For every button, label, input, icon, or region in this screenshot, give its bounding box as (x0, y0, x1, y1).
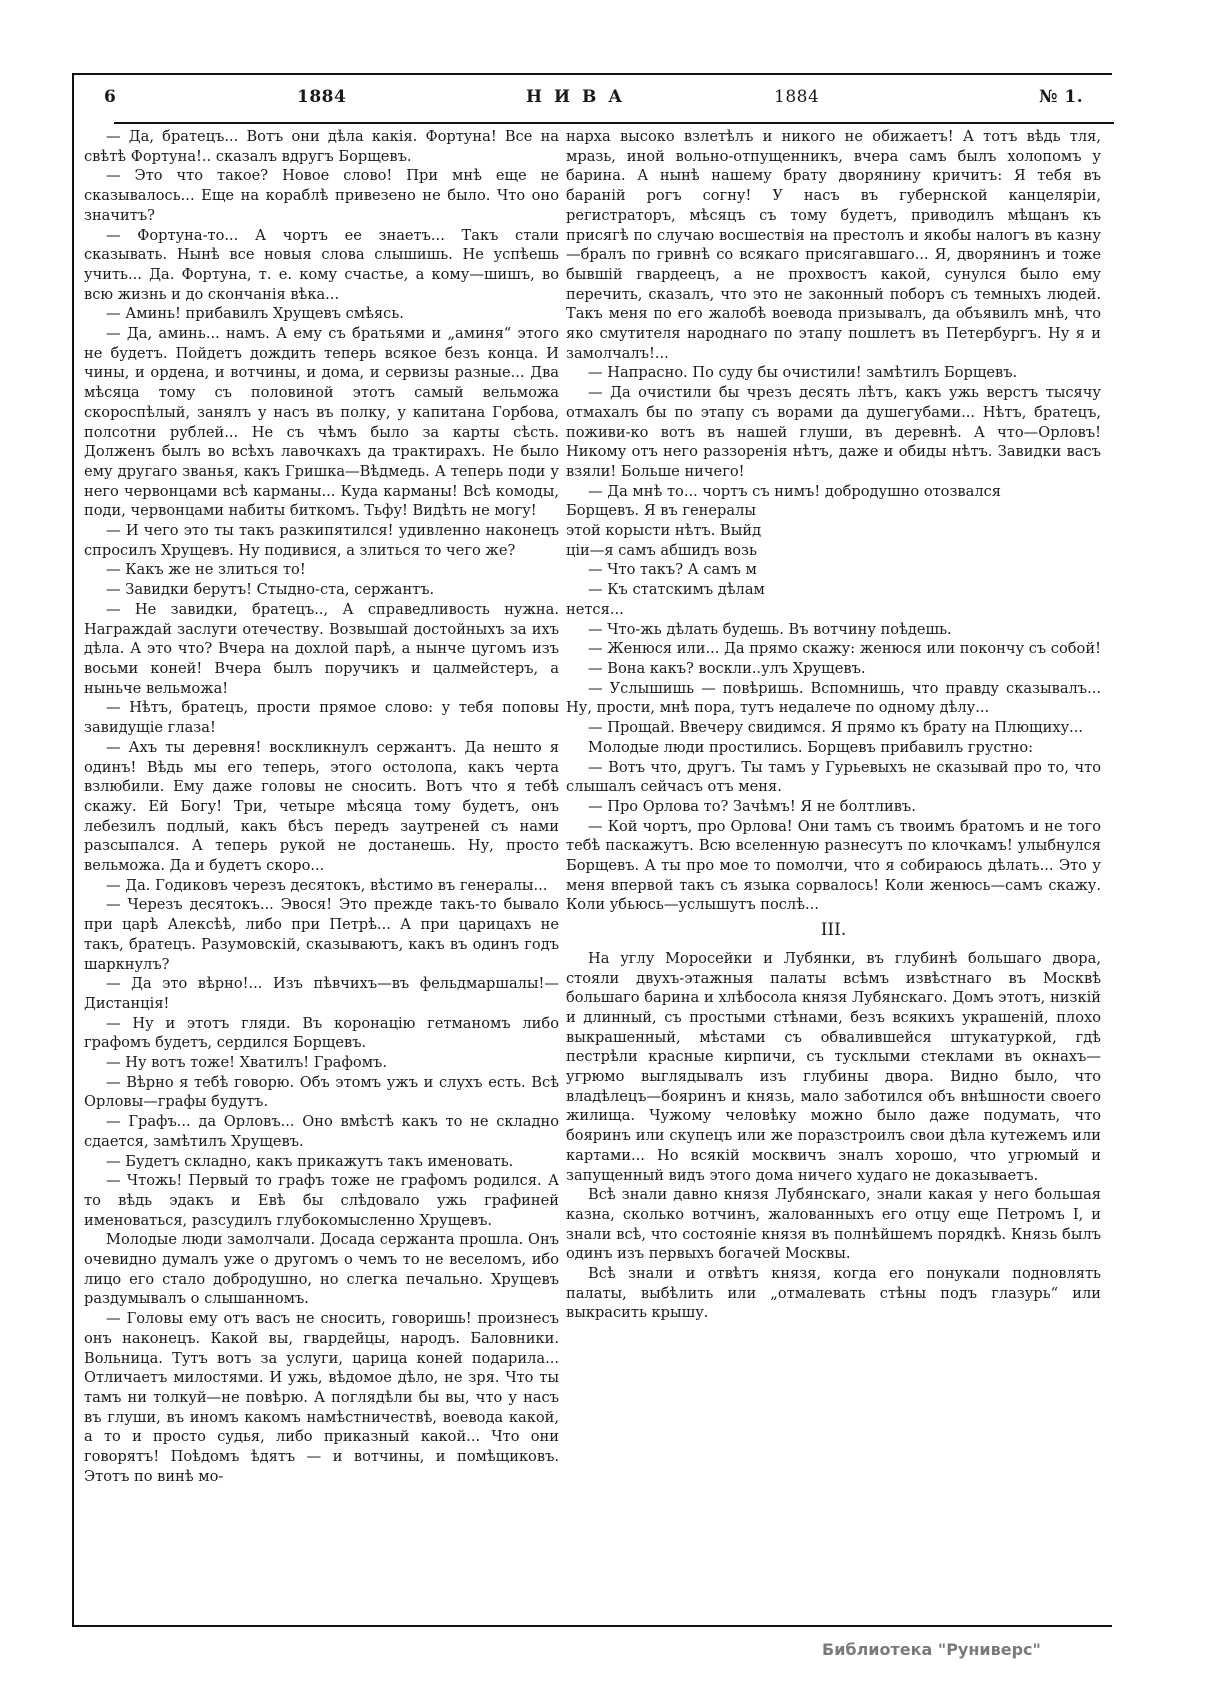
publication-title: Н И В А (526, 87, 625, 107)
torn-line: ціи—я самъ абшидъ возь (566, 541, 1101, 561)
paragraph: Всѣ знали давно князя Лубянскаго, знали … (566, 1185, 1101, 1264)
paragraph: — Женюся или... Да прямо скажу: женюся и… (566, 639, 1101, 659)
issue-number: № 1. (1039, 87, 1083, 107)
paragraph: — Нѣтъ, братецъ, прости прямое слово: у … (84, 698, 559, 737)
paragraph: — Что-жь дѣлать будешь. Въ вотчину поѣде… (566, 620, 1101, 640)
paragraph: — Напрасно. По суду бы очистили! замѣтил… (566, 363, 1101, 383)
paragraph: — Вотъ что, другъ. Ты тамъ у Гурьевыхъ н… (566, 758, 1101, 797)
paragraph: — Услышишь — повѣришь. Вспомнишь, что пр… (566, 679, 1101, 718)
paragraph: — Не завидки, братецъ.., А справедливост… (84, 600, 559, 699)
paragraph: — Какъ же не злиться то! (84, 560, 559, 580)
header-rule (114, 122, 1114, 124)
page-header: 6 1884 Н И В А 1884 № 1. (74, 75, 1114, 122)
torn-line: — Что такъ? А самъ м (566, 560, 1101, 580)
paragraph: На углу Моросейки и Лубянки, въ глубинѣ … (566, 949, 1101, 1185)
torn-line: Борщевъ. Я въ генералы (566, 501, 1101, 521)
paragraph: — Про Орлова то? Зачѣмъ! Я не болтливъ. (566, 797, 1101, 817)
header-year-right: 1884 (774, 87, 819, 107)
paragraph: — Графъ... да Орловъ... Оно вмѣстѣ какъ … (84, 1112, 559, 1151)
paragraph: — Да, братецъ... Вотъ они дѣла какія. Фо… (84, 127, 559, 166)
paragraph: — Чтожь! Первый то графъ тоже не графомъ… (84, 1171, 559, 1230)
paragraph: нется... (566, 600, 1101, 620)
paragraph: — Да. Годиковъ черезъ десятокъ, вѣстимо … (84, 876, 559, 896)
paragraph: Молодые люди замолчали. Досада сержанта … (84, 1230, 559, 1309)
paragraph: — Да, аминь... намъ. А ему съ братьями и… (84, 324, 559, 521)
paragraph: — Прощай. Ввечеру свидимся. Я прямо къ б… (566, 718, 1101, 738)
right-column: нарха высоко взлетѣлъ и никого не обижае… (566, 127, 1101, 1323)
paragraph: Молодые люди простились. Борщевъ прибави… (566, 738, 1101, 758)
paragraph: — Завидки берутъ! Стыдно-ста, сержантъ. (84, 580, 559, 600)
header-year-left: 1884 (297, 87, 346, 107)
paragraph: — Фортуна-то... А чортъ ее знаетъ... Так… (84, 226, 559, 305)
paragraph: — Кой чортъ, про Орлова! Они тамъ съ тво… (566, 817, 1101, 916)
paragraph: — Это что такое? Новое слово! При мнѣ ещ… (84, 166, 559, 225)
paragraph: — И чего это ты такъ разкипятился! удивл… (84, 521, 559, 560)
paragraph: — Будетъ складно, какъ прикажутъ такъ им… (84, 1152, 559, 1172)
section-heading: III. (566, 921, 1101, 941)
library-watermark: Библиотека "Руниверс" (822, 1640, 1041, 1659)
paragraph: — Вона какъ? воскли..улъ Хрущевъ. (566, 659, 1101, 679)
paragraph: — Головы ему отъ васъ не сносить, говори… (84, 1309, 559, 1486)
paragraph: — Ахъ ты деревня! воскликнулъ сержантъ. … (84, 738, 559, 876)
left-column: — Да, братецъ... Вотъ они дѣла какія. Фо… (84, 127, 559, 1487)
paragraph: — Ну и этотъ гляди. Въ коронацію гетмано… (84, 1014, 559, 1053)
paragraph: — Да очистили бы чрезъ десять лѣтъ, какъ… (566, 383, 1101, 482)
paragraph: — Вѣрно я тебѣ говорю. Объ этомъ ужъ и с… (84, 1073, 559, 1112)
newspaper-page: 6 1884 Н И В А 1884 № 1. — Да, братецъ..… (72, 73, 1112, 1626)
torn-line: этой корысти нѣтъ. Выйд (566, 521, 1101, 541)
page-number: 6 (104, 87, 116, 107)
paragraph: Всѣ знали и отвѣтъ князя, когда его пону… (566, 1264, 1101, 1323)
bottom-rule (72, 1625, 1112, 1627)
paragraph: — Да это вѣрно!... Изъ пѣвчихъ—въ фельдм… (84, 974, 559, 1013)
paragraph: — Ну вотъ тоже! Хватилъ! Графомъ. (84, 1053, 559, 1073)
paragraph: — Черезъ десятокъ... Эвося! Это прежде т… (84, 895, 559, 974)
paragraph: — Аминь! прибавилъ Хрущевъ смѣясь. (84, 304, 559, 324)
paragraph: — Да мнѣ то... чортъ съ нимъ! добродушно… (566, 482, 1101, 502)
paragraph: нарха высоко взлетѣлъ и никого не обижае… (566, 127, 1101, 363)
torn-line: — Къ статскимъ дѣлам (566, 580, 1101, 600)
